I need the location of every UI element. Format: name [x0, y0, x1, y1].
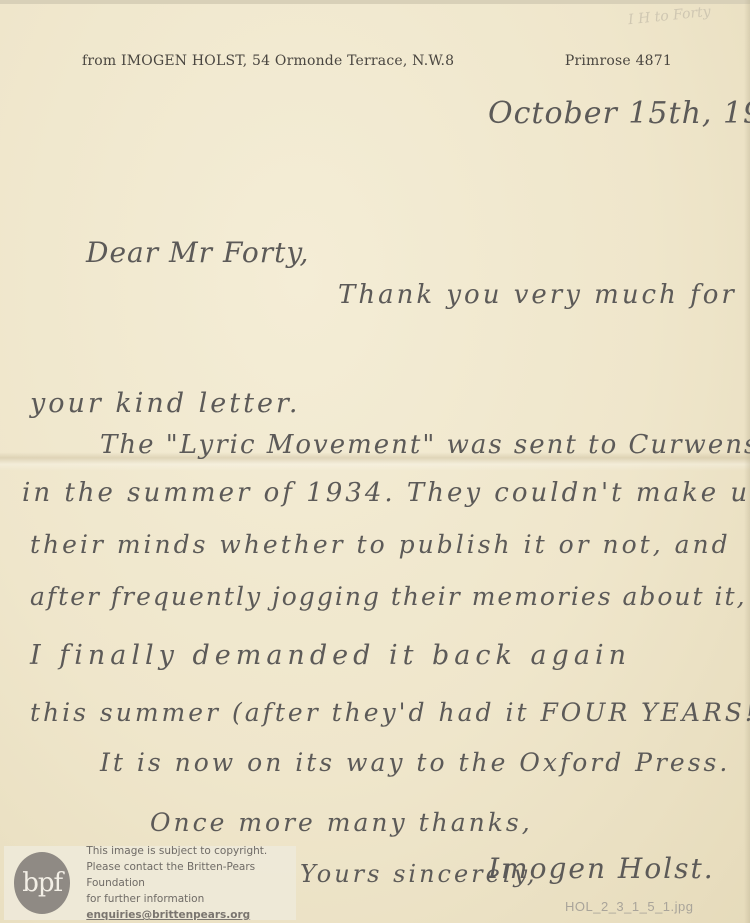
letter-salutation: Dear Mr Forty, [86, 236, 309, 269]
letter-body-line: I finally demanded it back again [30, 640, 631, 671]
image-filename: HOL_2_3_1_5_1.jpg [565, 899, 694, 914]
letter-body-line: their minds whether to publish it or not… [30, 530, 731, 559]
letterhead: from IMOGEN HOLST, 54 Ormonde Terrace, N… [82, 53, 672, 69]
copyright-notice: bpf This image is subject to copyright. … [4, 846, 296, 920]
copyright-line: This image is subject to copyright. [86, 843, 296, 859]
letter-signature: Imogen Holst. [488, 852, 715, 885]
letter-body-line: It is now on its way to the Oxford Press… [100, 748, 730, 777]
letter-body-line: in the summer of 1934. They couldn't mak… [22, 478, 750, 508]
copyright-text: This image is subject to copyright. Plea… [86, 843, 296, 923]
letter-body-line: your kind letter. [30, 388, 300, 419]
copyright-line: Please contact the Britten-Pears Foundat… [86, 859, 296, 891]
letterhead-telephone: Primrose 4871 [565, 53, 672, 69]
bpf-logo-text: bpf [22, 868, 62, 898]
letter-body-line: this summer (after they'd had it FOUR YE… [30, 698, 750, 727]
copyright-line: for further information [86, 891, 296, 907]
letter-paper [0, 0, 750, 923]
letter-body-line: Thank you very much for [338, 280, 737, 310]
page-right-edge [744, 0, 750, 923]
letter-body-line: The "Lyric Movement" was sent to Curwens [100, 430, 750, 460]
letter-body-line: Once more many thanks, [150, 808, 533, 837]
bpf-logo: bpf [14, 852, 70, 914]
copyright-email-link[interactable]: enquiries@brittenpears.org [86, 907, 296, 923]
letter-body-line: after frequently jogging their memories … [30, 582, 747, 611]
page-top-edge [0, 0, 750, 4]
letterhead-sender: from IMOGEN HOLST, 54 Ormonde Terrace, N… [82, 53, 454, 69]
letter-date: October 15th, 1938. [488, 96, 750, 131]
